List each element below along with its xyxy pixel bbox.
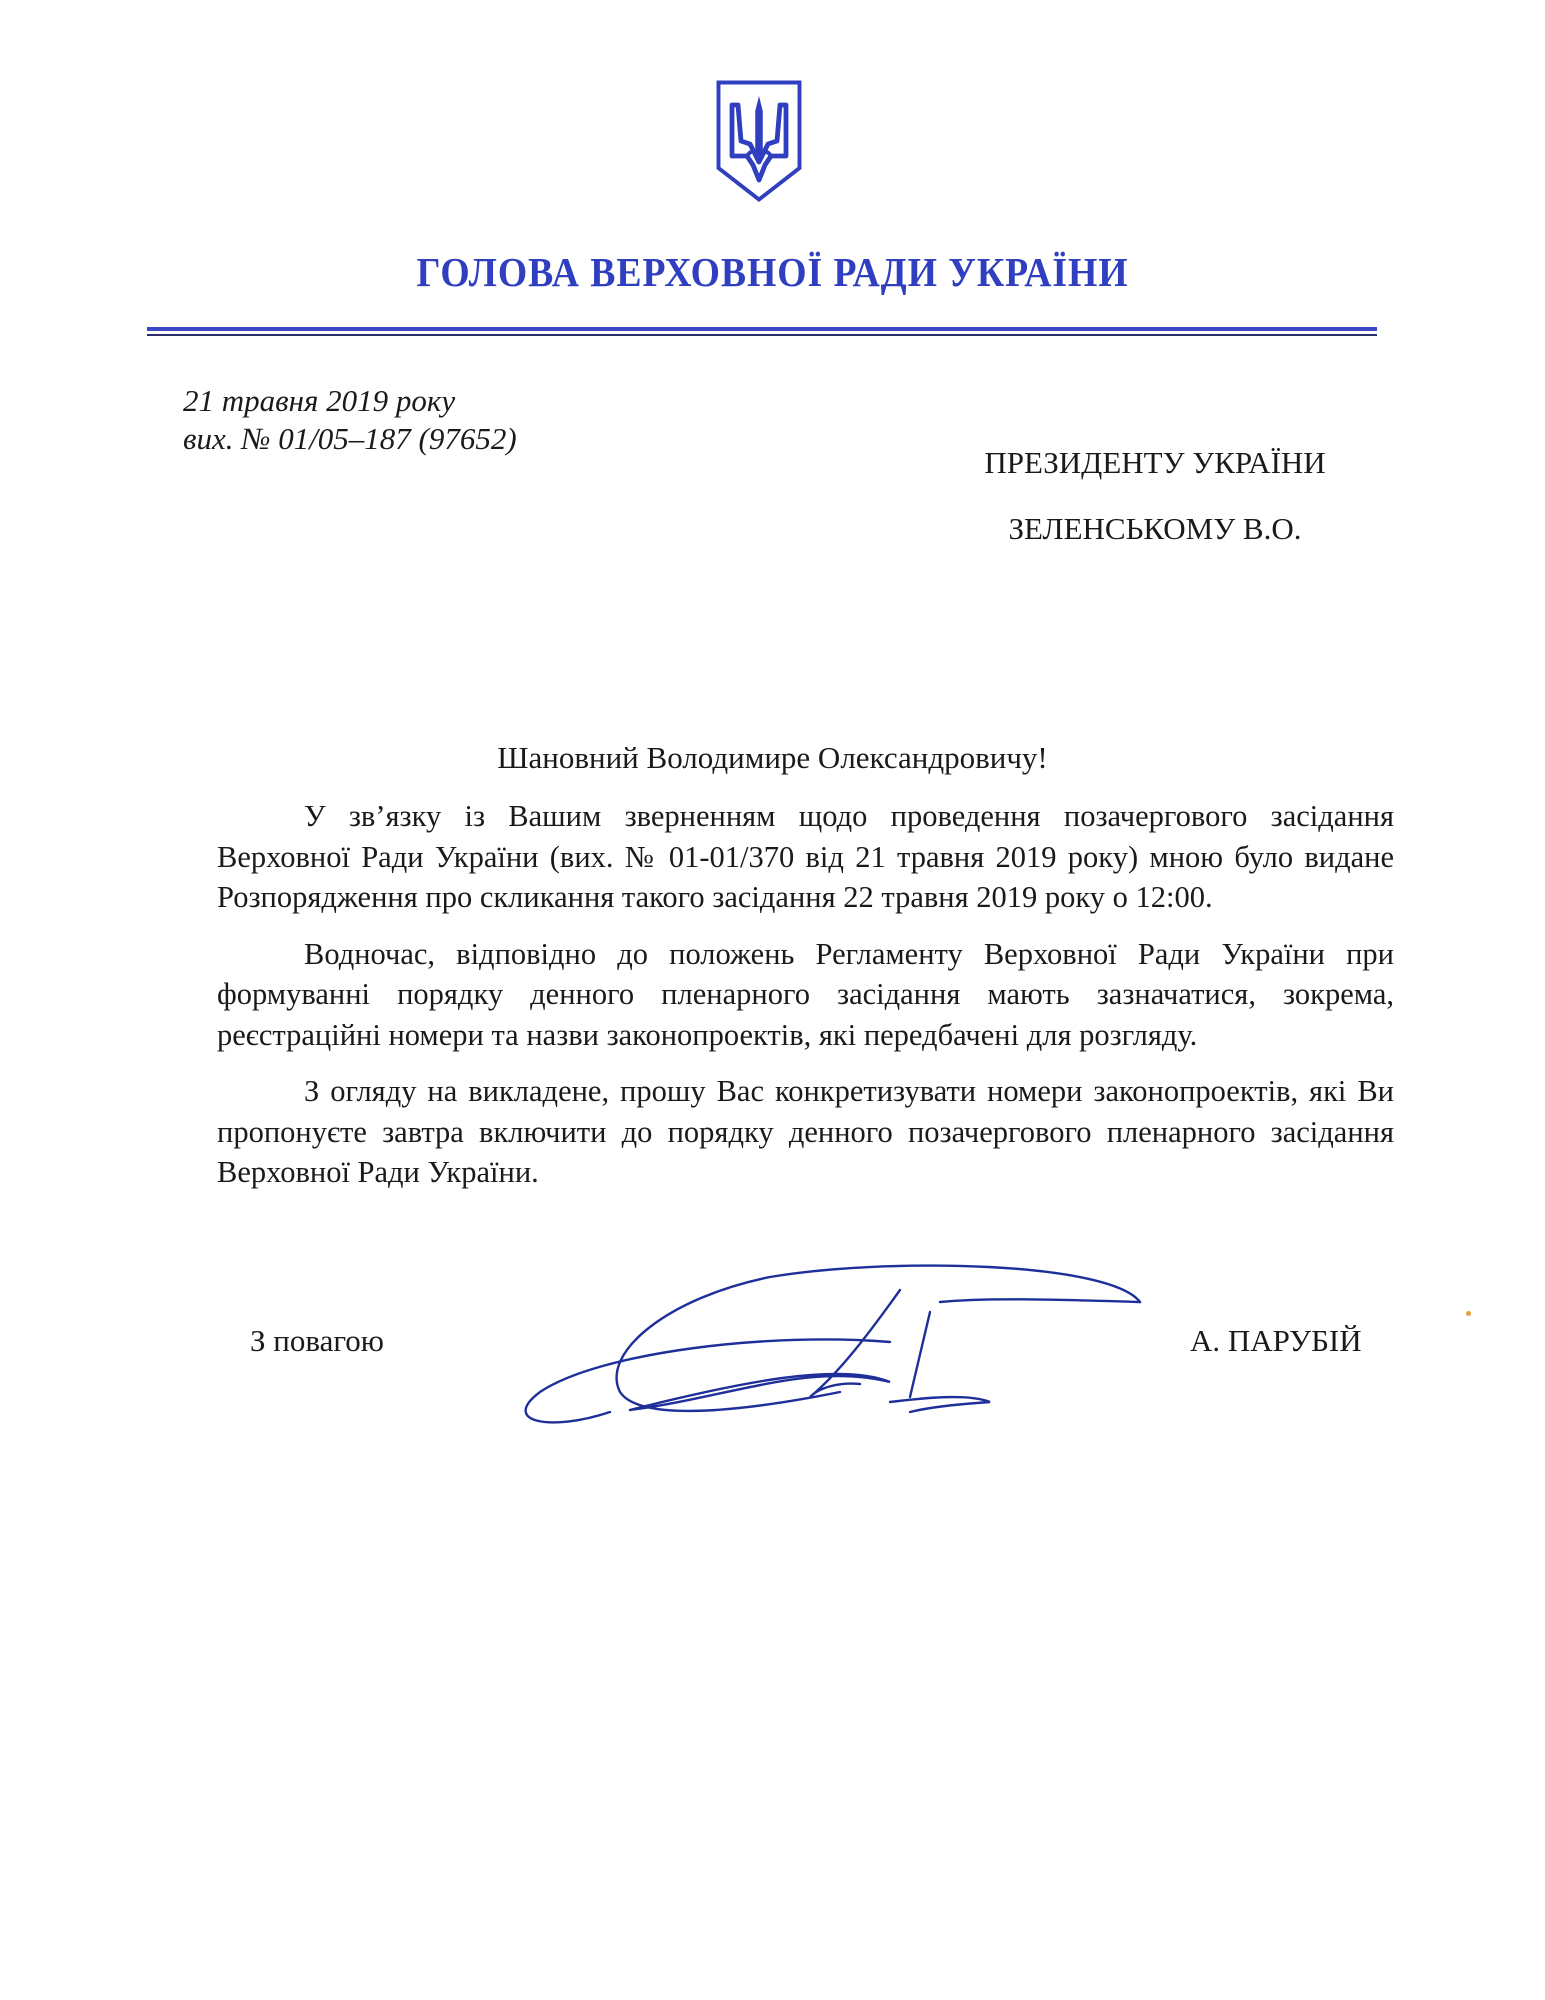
letter-meta: 21 травня 2019 року вих. № 01/05–187 (97… <box>183 382 517 458</box>
header-divider-thick <box>147 327 1377 331</box>
scan-artifact <box>1466 1311 1471 1316</box>
signer-name: А. ПАРУБІЙ <box>1190 1323 1362 1359</box>
body-paragraph: У зв’язку із Вашим зверненням щодо прове… <box>217 796 1394 918</box>
closing-phrase: З повагою <box>250 1323 384 1359</box>
addressee-block: ПРЕЗИДЕНТУ УКРАЇНИ ЗЕЛЕНСЬКОМУ В.О. <box>940 430 1370 562</box>
body-paragraph: Водночас, відповідно до положень Регламе… <box>217 934 1394 1056</box>
organization-title: ГОЛОВА ВЕРХОВНОЇ РАДИ УКРАЇНИ <box>62 248 1483 296</box>
letter-date: 21 травня 2019 року <box>183 382 517 420</box>
handwritten-signature-icon <box>510 1262 1160 1432</box>
header-divider-thin <box>147 334 1377 336</box>
ukraine-trident-emblem-icon <box>714 78 804 204</box>
outgoing-number: вих. № 01/05–187 (97652) <box>183 420 517 458</box>
addressee-title: ПРЕЗИДЕНТУ УКРАЇНИ <box>940 430 1370 496</box>
body-paragraph: З огляду на викладене, прошу Вас конкрет… <box>217 1071 1394 1193</box>
letter-body: У зв’язку із Вашим зверненням щодо прове… <box>217 796 1394 1209</box>
addressee-name: ЗЕЛЕНСЬКОМУ В.О. <box>940 496 1370 562</box>
salutation: Шановний Володимире Олександровичу! <box>0 740 1545 776</box>
